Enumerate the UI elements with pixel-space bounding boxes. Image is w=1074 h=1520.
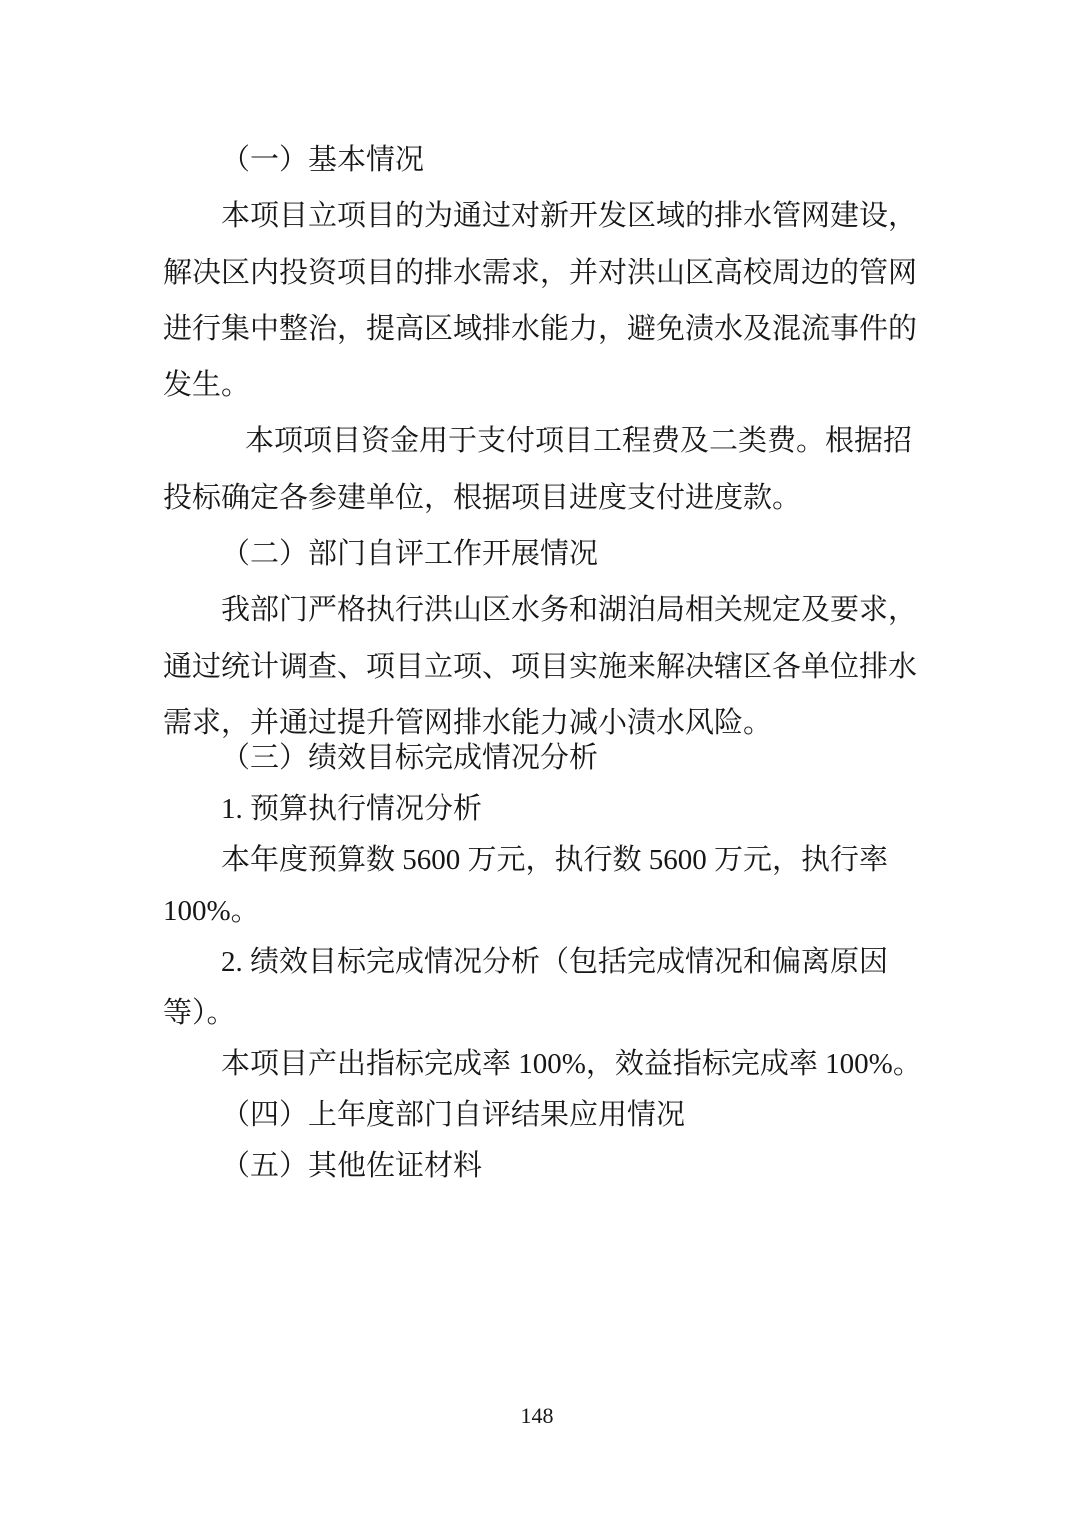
body-project-purpose-l3: 进行集中整治，提高区域排水能力，避免渍水及混流事件的 — [163, 312, 912, 346]
body-project-purpose-l2: 解决区内投资项目的排水需求，并对洪山区高校周边的管网 — [163, 256, 912, 290]
subheading-budget-execution: 1. 预算执行情况分析 — [163, 792, 970, 826]
document-page: （一）基本情况 本项目立项目的为通过对新开发区域的排水管网建设， 解决区内投资项… — [0, 0, 1074, 1520]
heading-3-performance-analysis: （三）绩效目标完成情况分析 — [163, 741, 970, 775]
heading-4-prior-year-results: （四）上年度部门自评结果应用情况 — [163, 1098, 970, 1132]
heading-5-other-materials: （五）其他佐证材料 — [163, 1149, 970, 1183]
body-indicator-completion: 本项目产出指标完成率 100%，效益指标完成率 100%。 — [163, 1047, 970, 1081]
body-budget-execution-l2: 100%。 — [163, 894, 912, 928]
heading-2-self-evaluation: （二）部门自评工作开展情况 — [163, 537, 970, 571]
body-funding-l1: 本项项目资金用于支付项目工程费及二类费。根据招 — [163, 424, 994, 458]
body-funding-l2: 投标确定各参建单位，根据项目进度支付进度款。 — [163, 481, 912, 515]
subheading-target-completion-l1: 2. 绩效目标完成情况分析（包括完成情况和偏离原因 — [163, 945, 970, 979]
body-self-evaluation-l3: 需求，并通过提升管网排水能力减小渍水风险。 — [163, 706, 912, 740]
body-project-purpose-l1: 本项目立项目的为通过对新开发区域的排水管网建设， — [163, 199, 970, 233]
body-project-purpose-l4: 发生。 — [163, 368, 912, 402]
heading-1-basic-info: （一）基本情况 — [163, 143, 970, 177]
subheading-target-completion-l2: 等）。 — [163, 996, 912, 1030]
page-number: 148 — [0, 1403, 1074, 1429]
body-self-evaluation-l1: 我部门严格执行洪山区水务和湖泊局相关规定及要求， — [163, 593, 970, 627]
body-self-evaluation-l2: 通过统计调查、项目立项、项目实施来解决辖区各单位排水 — [163, 650, 912, 684]
body-budget-execution-l1: 本年度预算数 5600 万元，执行数 5600 万元，执行率 — [163, 843, 970, 877]
